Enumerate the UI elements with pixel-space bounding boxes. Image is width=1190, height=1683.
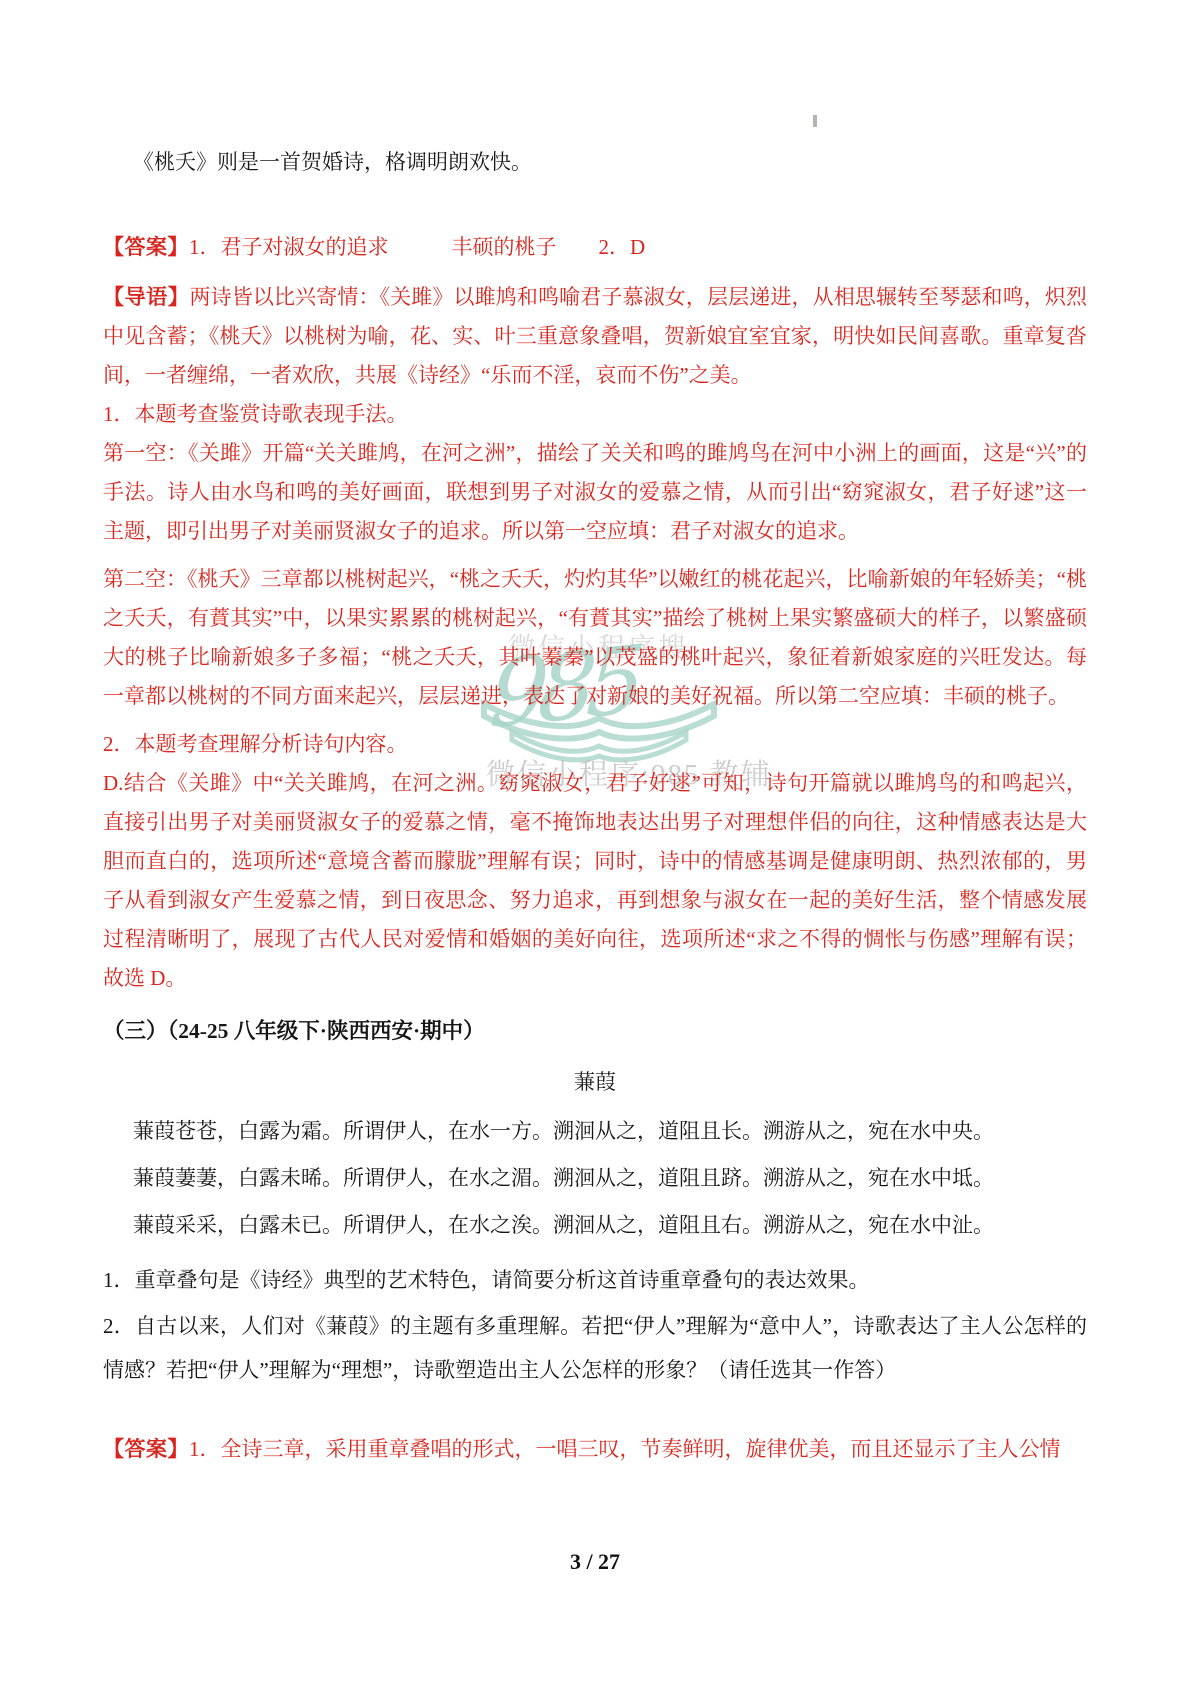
daoyu-paragraph: 【导语】两诗皆以比兴寄情：《关雎》以雎鸠和鸣喻君子慕淑女，层层递进，从相思辗转至… bbox=[103, 278, 1087, 395]
poem-line: 蒹葭苍苍，白露为霜。所谓伊人，在水一方。溯洄从之，道阻且长。溯游从之，宛在水中央… bbox=[133, 1108, 1087, 1155]
document-page: 微信小程序搜 985 微信小程序:985 教辅 《桃夭》则是一首贺婚诗，格调明朗… bbox=[0, 0, 1190, 1683]
answer-label: 【答案】 bbox=[103, 235, 189, 259]
poem-title: 蒹葭 bbox=[103, 1063, 1087, 1102]
option-d-explanation: D.结合《关雎》中“关关雎鸠，在河之洲。窈窕淑女，君子好逑”可知，诗句开篇就以雎… bbox=[103, 764, 1087, 998]
intro-paragraph: 《桃夭》则是一首贺婚诗，格调明朗欢快。 bbox=[103, 143, 1087, 182]
answer-label: 【答案】 bbox=[103, 1437, 189, 1461]
document-content: 《桃夭》则是一首贺婚诗，格调明朗欢快。 【答案】1．君子对淑女的追求 丰硕的桃子… bbox=[103, 143, 1087, 1469]
question-2: 2．自古以来，人们对《蒹葭》的主题有多重理解。若把“伊人”理解为“意中人”，诗歌… bbox=[103, 1304, 1087, 1392]
question-block: 1．重章叠句是《诗经》典型的艺术特色，请简要分析这首诗重章叠句的表达效果。 2．… bbox=[103, 1257, 1087, 1392]
answer-text: 1．君子对淑女的追求 丰硕的桃子 2．D bbox=[189, 235, 645, 259]
daoyu-label: 【导语】 bbox=[103, 285, 189, 309]
blank-1-explanation: 第一空：《关雎》开篇“关关雎鸠，在河之洲”，描绘了关关和鸣的雎鸠鸟在河中小洲上的… bbox=[103, 434, 1087, 551]
poem-line: 蒹葭采采，白露未已。所谓伊人，在水之涘。溯洄从之，道阻且右。溯游从之，宛在水中沚… bbox=[133, 1202, 1087, 1249]
stray-mark bbox=[813, 115, 817, 127]
analysis-2: 2．本题考查理解分析诗句内容。 bbox=[103, 725, 1087, 764]
blank-2-explanation: 第二空：《桃夭》三章都以桃树起兴，“桃之夭夭，灼灼其华”以嫩红的桃花起兴，比喻新… bbox=[103, 560, 1087, 716]
poem-body: 蒹葭苍苍，白露为霜。所谓伊人，在水一方。溯洄从之，道阻且长。溯游从之，宛在水中央… bbox=[103, 1108, 1087, 1249]
analysis-1: 1．本题考查鉴赏诗歌表现手法。 bbox=[103, 395, 1087, 434]
page-number: 3 / 27 bbox=[0, 1549, 1190, 1575]
answer-text: 1．全诗三章，采用重章叠唱的形式，一唱三叹，节奏鲜明，旋律优美，而且还显示了主人… bbox=[189, 1437, 1061, 1461]
poem-line: 蒹葭萋萋，白露未晞。所谓伊人，在水之湄。溯洄从之，道阻且跻。溯游从之，宛在水中坻… bbox=[133, 1155, 1087, 1202]
section-3-heading: （三）（24-25 八年级下·陕西西安·期中） bbox=[103, 1012, 1087, 1051]
question-1: 1．重章叠句是《诗经》典型的艺术特色，请简要分析这首诗重章叠句的表达效果。 bbox=[103, 1257, 1087, 1304]
answer-line-2: 【答案】1．全诗三章，采用重章叠唱的形式，一唱三叹，节奏鲜明，旋律优美，而且还显… bbox=[103, 1430, 1087, 1469]
daoyu-text: 两诗皆以比兴寄情：《关雎》以雎鸠和鸣喻君子慕淑女，层层递进，从相思辗转至琴瑟和鸣… bbox=[103, 285, 1087, 387]
answer-line-1: 【答案】1．君子对淑女的追求 丰硕的桃子 2．D bbox=[103, 228, 1087, 267]
